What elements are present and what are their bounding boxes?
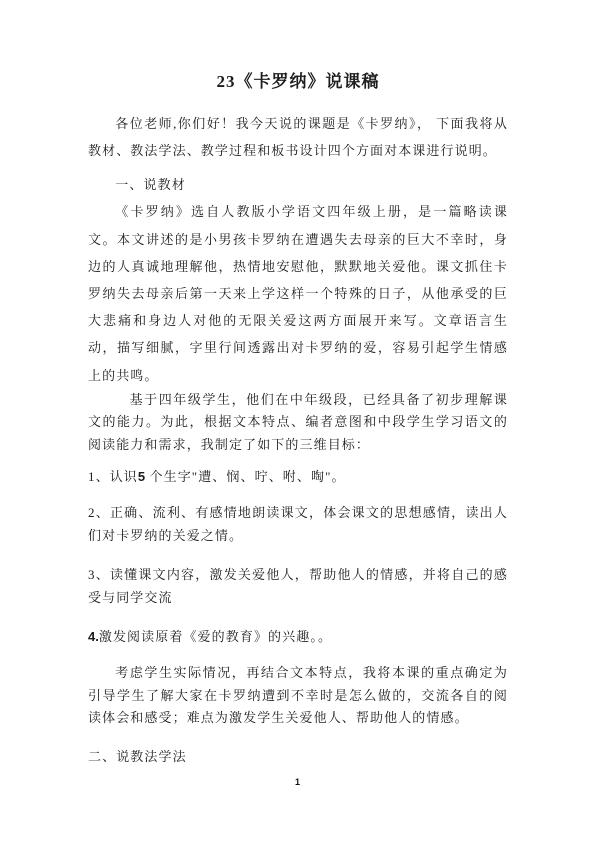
- document-title: 23《卡罗纳》说课稿: [88, 68, 508, 96]
- section-2-heading: 二、说教法学法: [88, 746, 508, 768]
- material-analysis-paragraph: 《卡罗纳》选自人教版小学语文四年级上册，是一篇略读课文。本文讲述的是小男孩卡罗纳…: [88, 198, 508, 388]
- learning-basis-paragraph: 基于四年级学生，他们在中年级段，已经具备了初步理解课文的能力。为此，根据文本特点…: [88, 389, 508, 456]
- key-points-paragraph: 考虑学生实际情况，再结合文本特点，我将本课的重点确定为引导学生了解大家在卡罗纳遭…: [88, 662, 508, 729]
- page-number: 1: [0, 777, 595, 787]
- objective-4-number: 4.: [88, 629, 99, 644]
- objective-1-text: 1、认识: [88, 469, 138, 484]
- section-1-heading: 一、说教材: [88, 174, 508, 196]
- intro-paragraph: 各位老师,你们好！我今天说的课题是《卡罗纳》， 下面我将从教材、教法学法、教学过…: [88, 110, 508, 164]
- objective-item-4: 4.激发阅读原着《爱的教育》的兴趣。。: [88, 626, 508, 648]
- objective-2-text: 2、正确、流利、有感情地朗读课文，体会课文的思想感情，读出人们对卡罗纳的关爱之情…: [88, 505, 508, 542]
- objective-item-2: 2、正确、流利、有感情地朗读课文，体会课文的思想感情，读出人们对卡罗纳的关爱之情…: [88, 502, 508, 547]
- document-page: 23《卡罗纳》说课稿 各位老师,你们好！我今天说的课题是《卡罗纳》， 下面我将从…: [0, 0, 595, 842]
- objective-1-text-rest: 个生字"遭、悯、咛、咐、啕"。: [145, 469, 345, 484]
- objective-4-text-rest: 激发阅读原着《爱的教育》的兴趣。。: [99, 629, 332, 644]
- document-content: 23《卡罗纳》说课稿 各位老师,你们好！我今天说的课题是《卡罗纳》， 下面我将从…: [88, 0, 508, 768]
- objective-3-text: 3、读懂课文内容，激发关爱他人，帮助他人的情感，并将自己的感受与同学交流: [88, 567, 508, 604]
- objective-item-3: 3、读懂课文内容，激发关爱他人，帮助他人的情感，并将自己的感受与同学交流: [88, 564, 508, 609]
- objective-item-1: 1、认识5 个生字"遭、悯、咛、咐、啕"。: [88, 466, 508, 488]
